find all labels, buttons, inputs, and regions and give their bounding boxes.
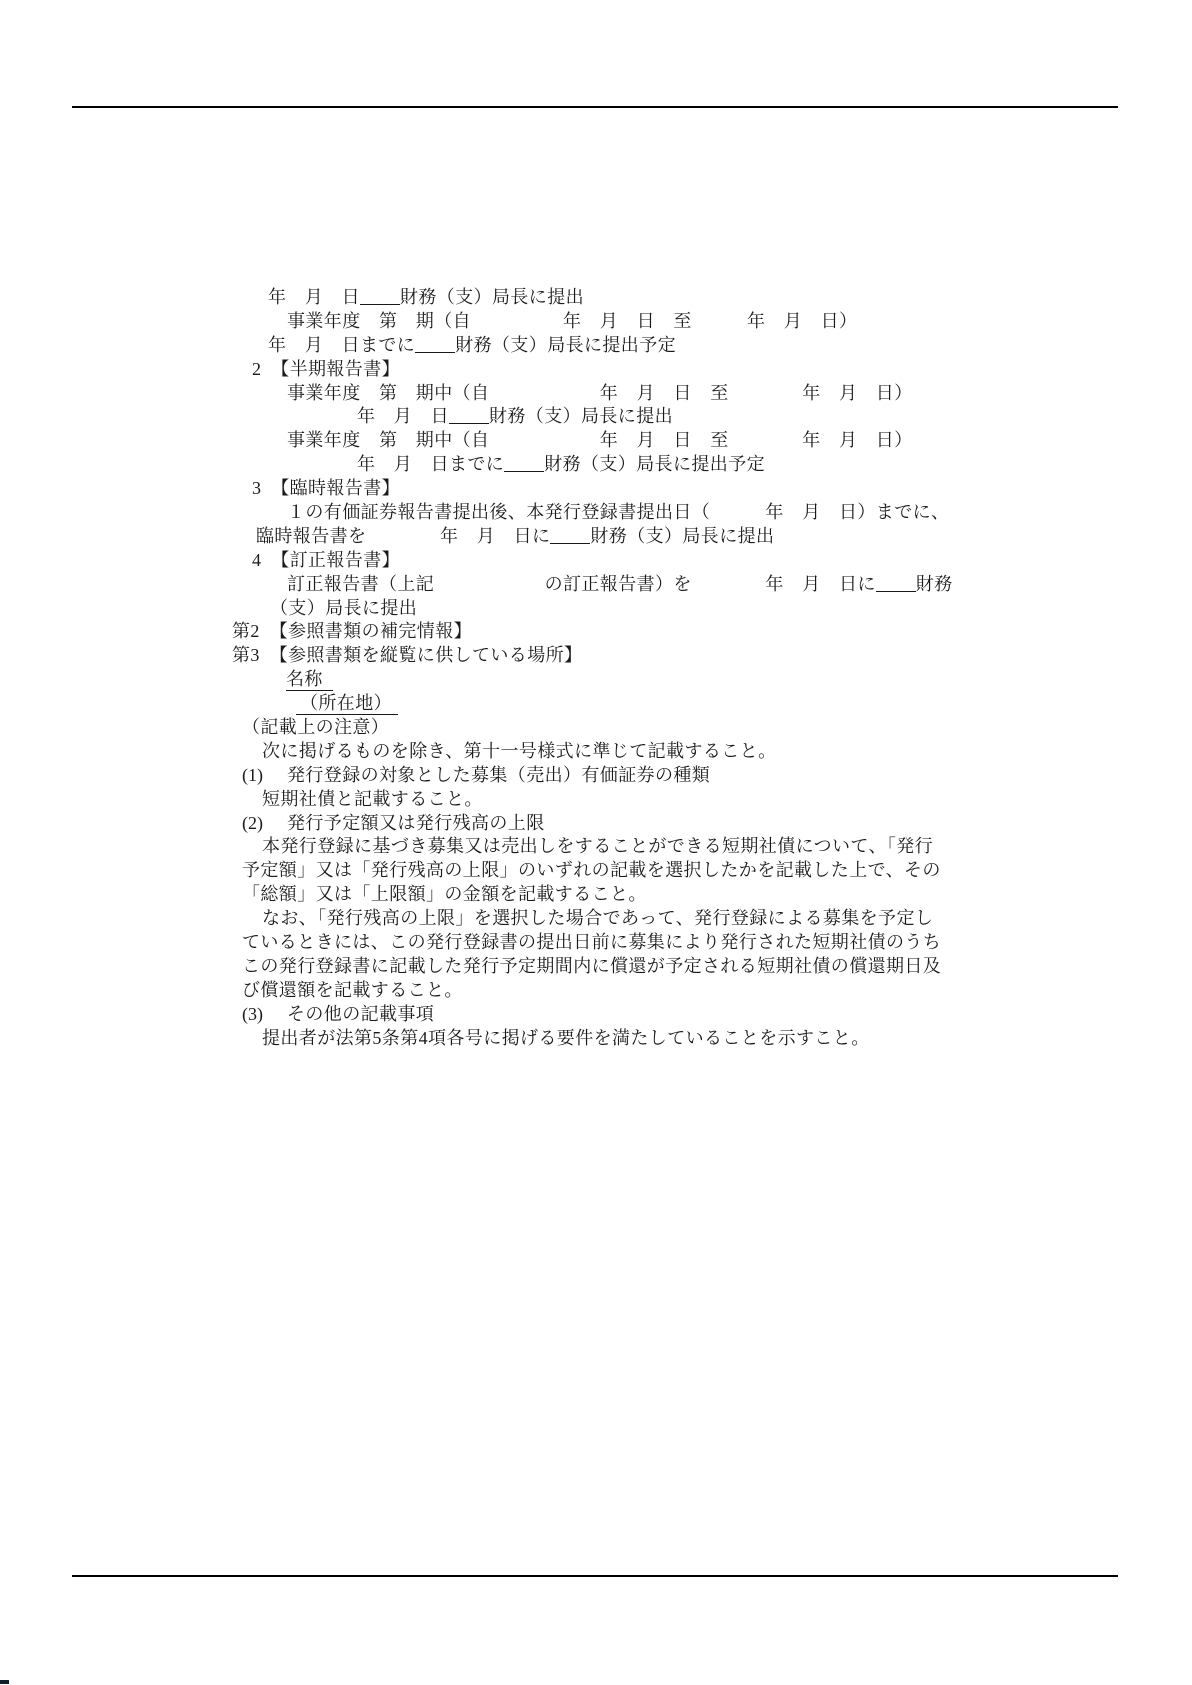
text-segment: び償還額を記載すること。 — [242, 980, 463, 1000]
text-segment: 事業年度 第 期中（自 年 月 日 至 年 月 日） — [287, 383, 913, 403]
text-segment: （記載上の注意） — [242, 717, 389, 737]
fill-in-blank-underline — [550, 541, 590, 544]
bottom-rule — [72, 1575, 1118, 1577]
text-segment: 財務（支）局長に提出 — [400, 287, 584, 307]
text-segment: 短期社債と記載すること。 — [262, 789, 483, 809]
document-line: 第3 【参照書類を縦覧に供している場所】 — [0, 644, 1192, 668]
text-segment: 3 【臨時報告書】 — [252, 478, 400, 498]
document-line: 短期社債と記載すること。 — [0, 788, 1192, 812]
document-line: 予定額」又は「発行残高の上限」のいずれの記載を選択したかを記載した上で、その — [0, 859, 1192, 883]
document-line: 本発行登録に基づき募集又は売出しをすることができる短期社債について、「発行 — [0, 835, 1192, 859]
document-line: 提出者が法第5条第4項各号に掲げる要件を満たしていることを示すこと。 — [0, 1027, 1192, 1051]
document-line: なお、「発行残高の上限」を選択した場合であって、発行登録による募集を予定し — [0, 907, 1192, 931]
document-line: 2 【半期報告書】 — [0, 358, 1192, 382]
document-line: 事業年度 第 期中（自 年 月 日 至 年 月 日） — [0, 382, 1192, 406]
underlined-label: （所在地） — [296, 693, 398, 715]
document-line: び償還額を記載すること。 — [0, 979, 1192, 1003]
document-line: 4 【訂正報告書】 — [0, 549, 1192, 573]
list-item-marker: (3) — [242, 1003, 287, 1027]
text-segment: 「総額」又は「上限額」の金額を記載すること。 — [242, 884, 647, 904]
document-line: 年 月 日財務（支）局長に提出 — [0, 405, 1192, 429]
text-segment: 年 月 日 — [357, 406, 449, 426]
document-line: 年 月 日財務（支）局長に提出 — [0, 286, 1192, 310]
list-item-marker: (2) — [242, 812, 287, 836]
document-page: 年 月 日財務（支）局長に提出事業年度 第 期（自 年 月 日 至 年 月 日）… — [0, 0, 1192, 1685]
text-segment: 臨時報告書を 年 月 日に — [256, 526, 550, 546]
document-line: ているときには、この発行登録書の提出日前に募集により発行された短期社債のうち — [0, 931, 1192, 955]
document-line: 年 月 日までに財務（支）局長に提出予定 — [0, 334, 1192, 358]
document-line: １の有価証券報告書提出後、本発行登録書提出日（ 年 月 日）までに、 — [0, 501, 1192, 525]
text-segment: 年 月 日までに — [268, 335, 415, 355]
fill-in-blank-underline — [415, 350, 455, 353]
document-line: 名称 — [0, 668, 1192, 692]
text-segment: 提出者が法第5条第4項各号に掲げる要件を満たしていることを示すこと。 — [262, 1028, 870, 1048]
text-segment: 訂正報告書（上記 の訂正報告書）を 年 月 日に — [287, 574, 876, 594]
document-line: （所在地） — [0, 692, 1192, 716]
text-segment: 財務 — [916, 574, 953, 594]
text-segment: 財務（支）局長に提出予定 — [544, 454, 765, 474]
document-line: この発行登録書に記載した発行予定期間内に償還が予定される短期社債の償還期日及 — [0, 955, 1192, 979]
document-line: (3)その他の記載事項 — [0, 1003, 1192, 1027]
text-segment: 発行予定額又は発行残高の上限 — [287, 813, 545, 833]
fill-in-blank-underline — [449, 421, 489, 424]
text-segment: 次に掲げるものを除き、第十一号様式に準じて記載すること。 — [262, 741, 776, 761]
text-segment: 年 月 日 — [268, 287, 360, 307]
text-segment: １の有価証券報告書提出後、本発行登録書提出日（ 年 月 日）までに、 — [287, 502, 949, 522]
document-line: 次に掲げるものを除き、第十一号様式に準じて記載すること。 — [0, 740, 1192, 764]
fill-in-blank-underline — [876, 589, 916, 592]
document-line: （支）局長に提出 — [0, 597, 1192, 621]
document-line: (1)発行登録の対象とした募集（売出）有価証券の種類 — [0, 764, 1192, 788]
text-segment: 予定額」又は「発行残高の上限」のいずれの記載を選択したかを記載した上で、その — [242, 860, 941, 880]
document-body: 年 月 日財務（支）局長に提出事業年度 第 期（自 年 月 日 至 年 月 日）… — [0, 286, 1192, 1051]
text-segment: 第3 【参照書類を縦覧に供している場所】 — [232, 645, 582, 665]
document-line: 3 【臨時報告書】 — [0, 477, 1192, 501]
text-segment: 事業年度 第 期（自 年 月 日 至 年 月 日） — [287, 311, 857, 331]
fill-in-blank-underline — [360, 302, 400, 305]
text-segment: 4 【訂正報告書】 — [252, 550, 400, 570]
document-line: （記載上の注意） — [0, 716, 1192, 740]
text-segment: 財務（支）局長に提出 — [489, 406, 673, 426]
text-segment: 本発行登録に基づき募集又は売出しをすることができる短期社債について、「発行 — [262, 836, 933, 856]
text-segment: （支）局長に提出 — [270, 598, 417, 618]
document-line: 年 月 日までに財務（支）局長に提出予定 — [0, 453, 1192, 477]
document-line: 臨時報告書を 年 月 日に財務（支）局長に提出 — [0, 525, 1192, 549]
text-segment: なお、「発行残高の上限」を選択した場合であって、発行登録による募集を予定し — [262, 908, 933, 928]
fill-in-blank-underline — [504, 469, 544, 472]
underlined-label: 名称 — [286, 669, 333, 691]
scan-artifact — [0, 1680, 9, 1684]
list-item-marker: (1) — [242, 764, 287, 788]
text-segment: 事業年度 第 期中（自 年 月 日 至 年 月 日） — [287, 430, 913, 450]
text-segment: 年 月 日までに — [357, 454, 504, 474]
document-line: 事業年度 第 期（自 年 月 日 至 年 月 日） — [0, 310, 1192, 334]
text-segment: 発行登録の対象とした募集（売出）有価証券の種類 — [287, 765, 710, 785]
document-line: 「総額」又は「上限額」の金額を記載すること。 — [0, 883, 1192, 907]
document-line: 事業年度 第 期中（自 年 月 日 至 年 月 日） — [0, 429, 1192, 453]
text-segment: その他の記載事項 — [287, 1004, 434, 1024]
text-segment: ているときには、この発行登録書の提出日前に募集により発行された短期社債のうち — [242, 932, 941, 952]
document-line: 第2 【参照書類の補完情報】 — [0, 620, 1192, 644]
text-segment: 2 【半期報告書】 — [252, 359, 400, 379]
text-segment: 第2 【参照書類の補完情報】 — [232, 621, 472, 641]
text-segment: この発行登録書に記載した発行予定期間内に償還が予定される短期社債の償還期日及 — [242, 956, 941, 976]
document-line: 訂正報告書（上記 の訂正報告書）を 年 月 日に財務 — [0, 573, 1192, 597]
text-segment: 財務（支）局長に提出 — [590, 526, 774, 546]
document-line: (2)発行予定額又は発行残高の上限 — [0, 812, 1192, 836]
text-segment: 財務（支）局長に提出予定 — [455, 335, 676, 355]
top-rule — [72, 106, 1118, 108]
